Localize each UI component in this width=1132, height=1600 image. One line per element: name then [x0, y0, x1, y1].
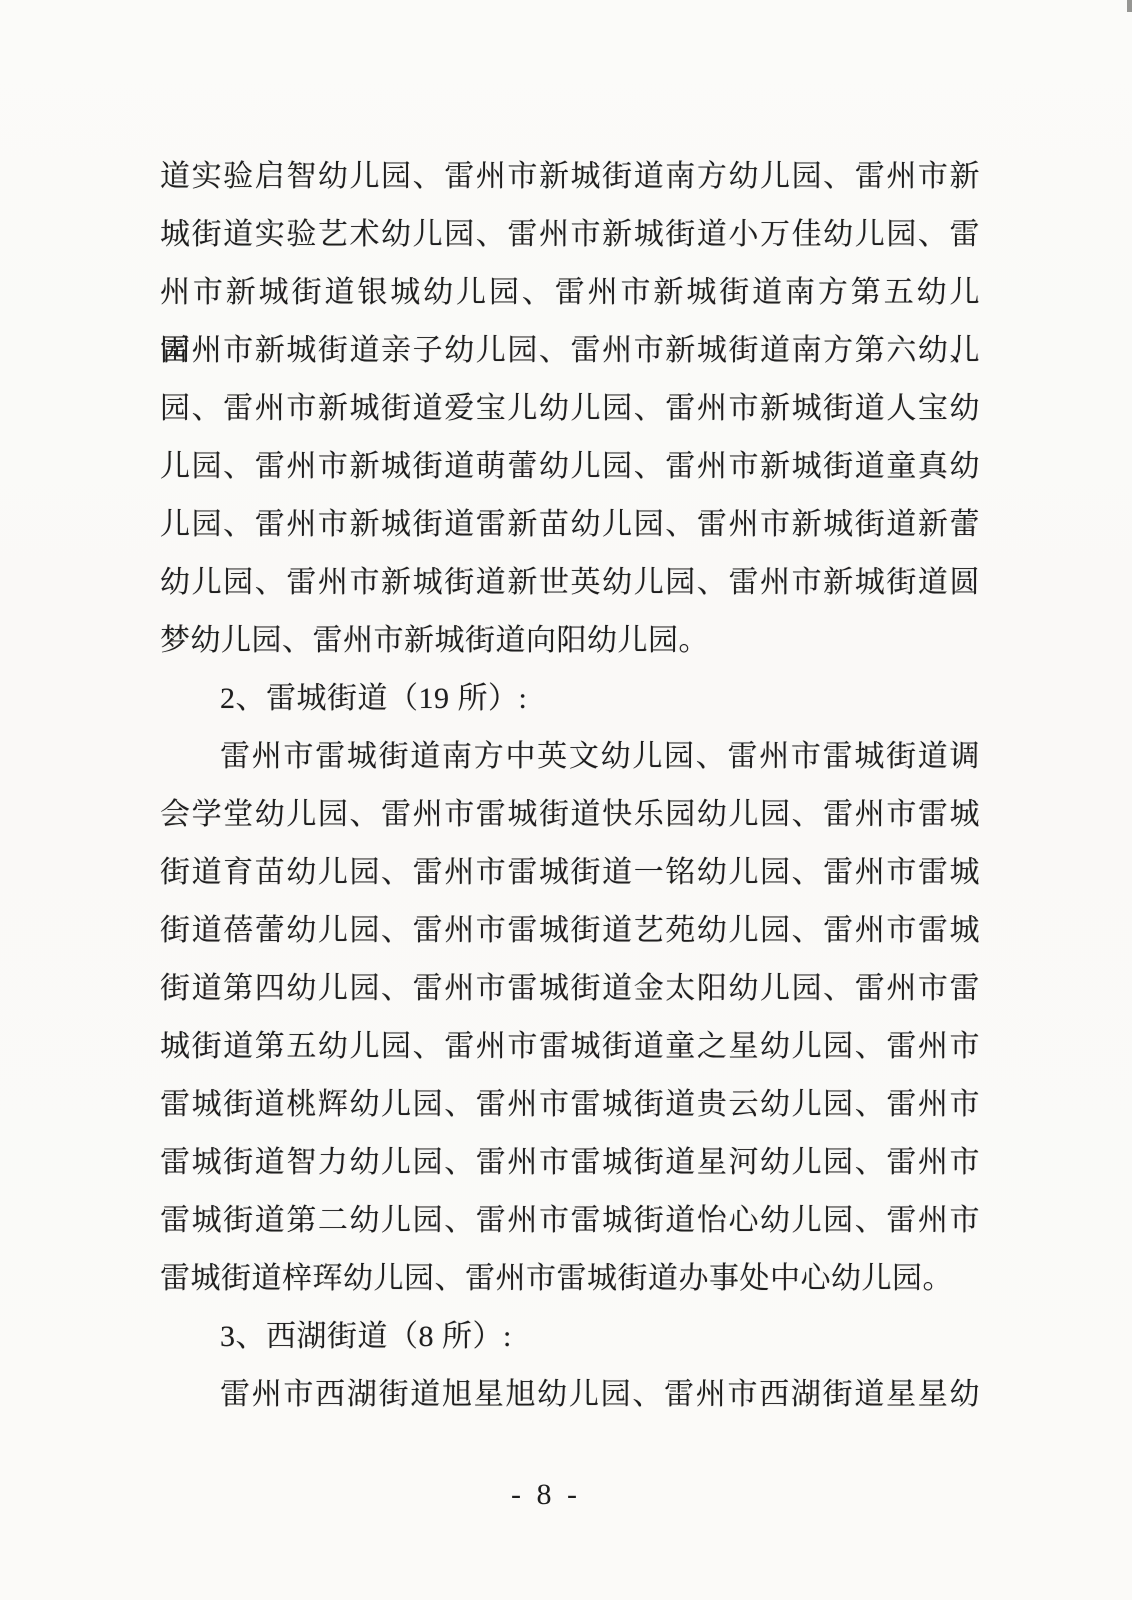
text-line: 街道育苗幼儿园、雷州市雷城街道一铭幼儿园、雷州市雷城: [160, 844, 980, 902]
text-line: 州市新城街道银城幼儿园、雷州市新城街道南方第五幼儿园、: [160, 264, 980, 322]
text-line: 街道蓓蕾幼儿园、雷州市雷城街道艺苑幼儿园、雷州市雷城: [160, 902, 980, 960]
section-heading-xihu: 3、西湖街道（8 所）:: [160, 1308, 980, 1366]
paragraph-start-line: 雷州市西湖街道旭星旭幼儿园、雷州市西湖街道星星幼: [160, 1366, 980, 1424]
text-line: 城街道第五幼儿园、雷州市雷城街道童之星幼儿园、雷州市: [160, 1018, 980, 1076]
paragraph-end-line: 雷城街道梓珲幼儿园、雷州市雷城街道办事处中心幼儿园。: [160, 1250, 980, 1308]
text-line: 雷州市新城街道亲子幼儿园、雷州市新城街道南方第六幼儿: [160, 322, 980, 380]
text-line: 雷城街道智力幼儿园、雷州市雷城街道星河幼儿园、雷州市: [160, 1134, 980, 1192]
scanned-document-page: 道实验启智幼儿园、雷州市新城街道南方幼儿园、雷州市新 城街道实验艺术幼儿园、雷州…: [0, 0, 1132, 1600]
text-line: 幼儿园、雷州市新城街道新世英幼儿园、雷州市新城街道圆: [160, 554, 980, 612]
text-line: 城街道实验艺术幼儿园、雷州市新城街道小万佳幼儿园、雷: [160, 206, 980, 264]
document-body: 道实验启智幼儿园、雷州市新城街道南方幼儿园、雷州市新 城街道实验艺术幼儿园、雷州…: [160, 148, 980, 1424]
section-heading-leicheng: 2、雷城街道（19 所）:: [160, 670, 980, 728]
text-line: 街道第四幼儿园、雷州市雷城街道金太阳幼儿园、雷州市雷: [160, 960, 980, 1018]
text-line: 会学堂幼儿园、雷州市雷城街道快乐园幼儿园、雷州市雷城: [160, 786, 980, 844]
scan-artifact: [1127, 0, 1132, 12]
text-line: 雷城街道桃辉幼儿园、雷州市雷城街道贵云幼儿园、雷州市: [160, 1076, 980, 1134]
text-line: 园、雷州市新城街道爱宝儿幼儿园、雷州市新城街道人宝幼: [160, 380, 980, 438]
text-line: 儿园、雷州市新城街道萌蕾幼儿园、雷州市新城街道童真幼: [160, 438, 980, 496]
text-line: 雷城街道第二幼儿园、雷州市雷城街道怡心幼儿园、雷州市: [160, 1192, 980, 1250]
page-number: - 8 -: [0, 1478, 1092, 1512]
text-line: 儿园、雷州市新城街道雷新苗幼儿园、雷州市新城街道新蕾: [160, 496, 980, 554]
paragraph-end-line: 梦幼儿园、雷州市新城街道向阳幼儿园。: [160, 612, 980, 670]
paragraph-start-line: 雷州市雷城街道南方中英文幼儿园、雷州市雷城街道调: [160, 728, 980, 786]
text-line: 道实验启智幼儿园、雷州市新城街道南方幼儿园、雷州市新: [160, 148, 980, 206]
